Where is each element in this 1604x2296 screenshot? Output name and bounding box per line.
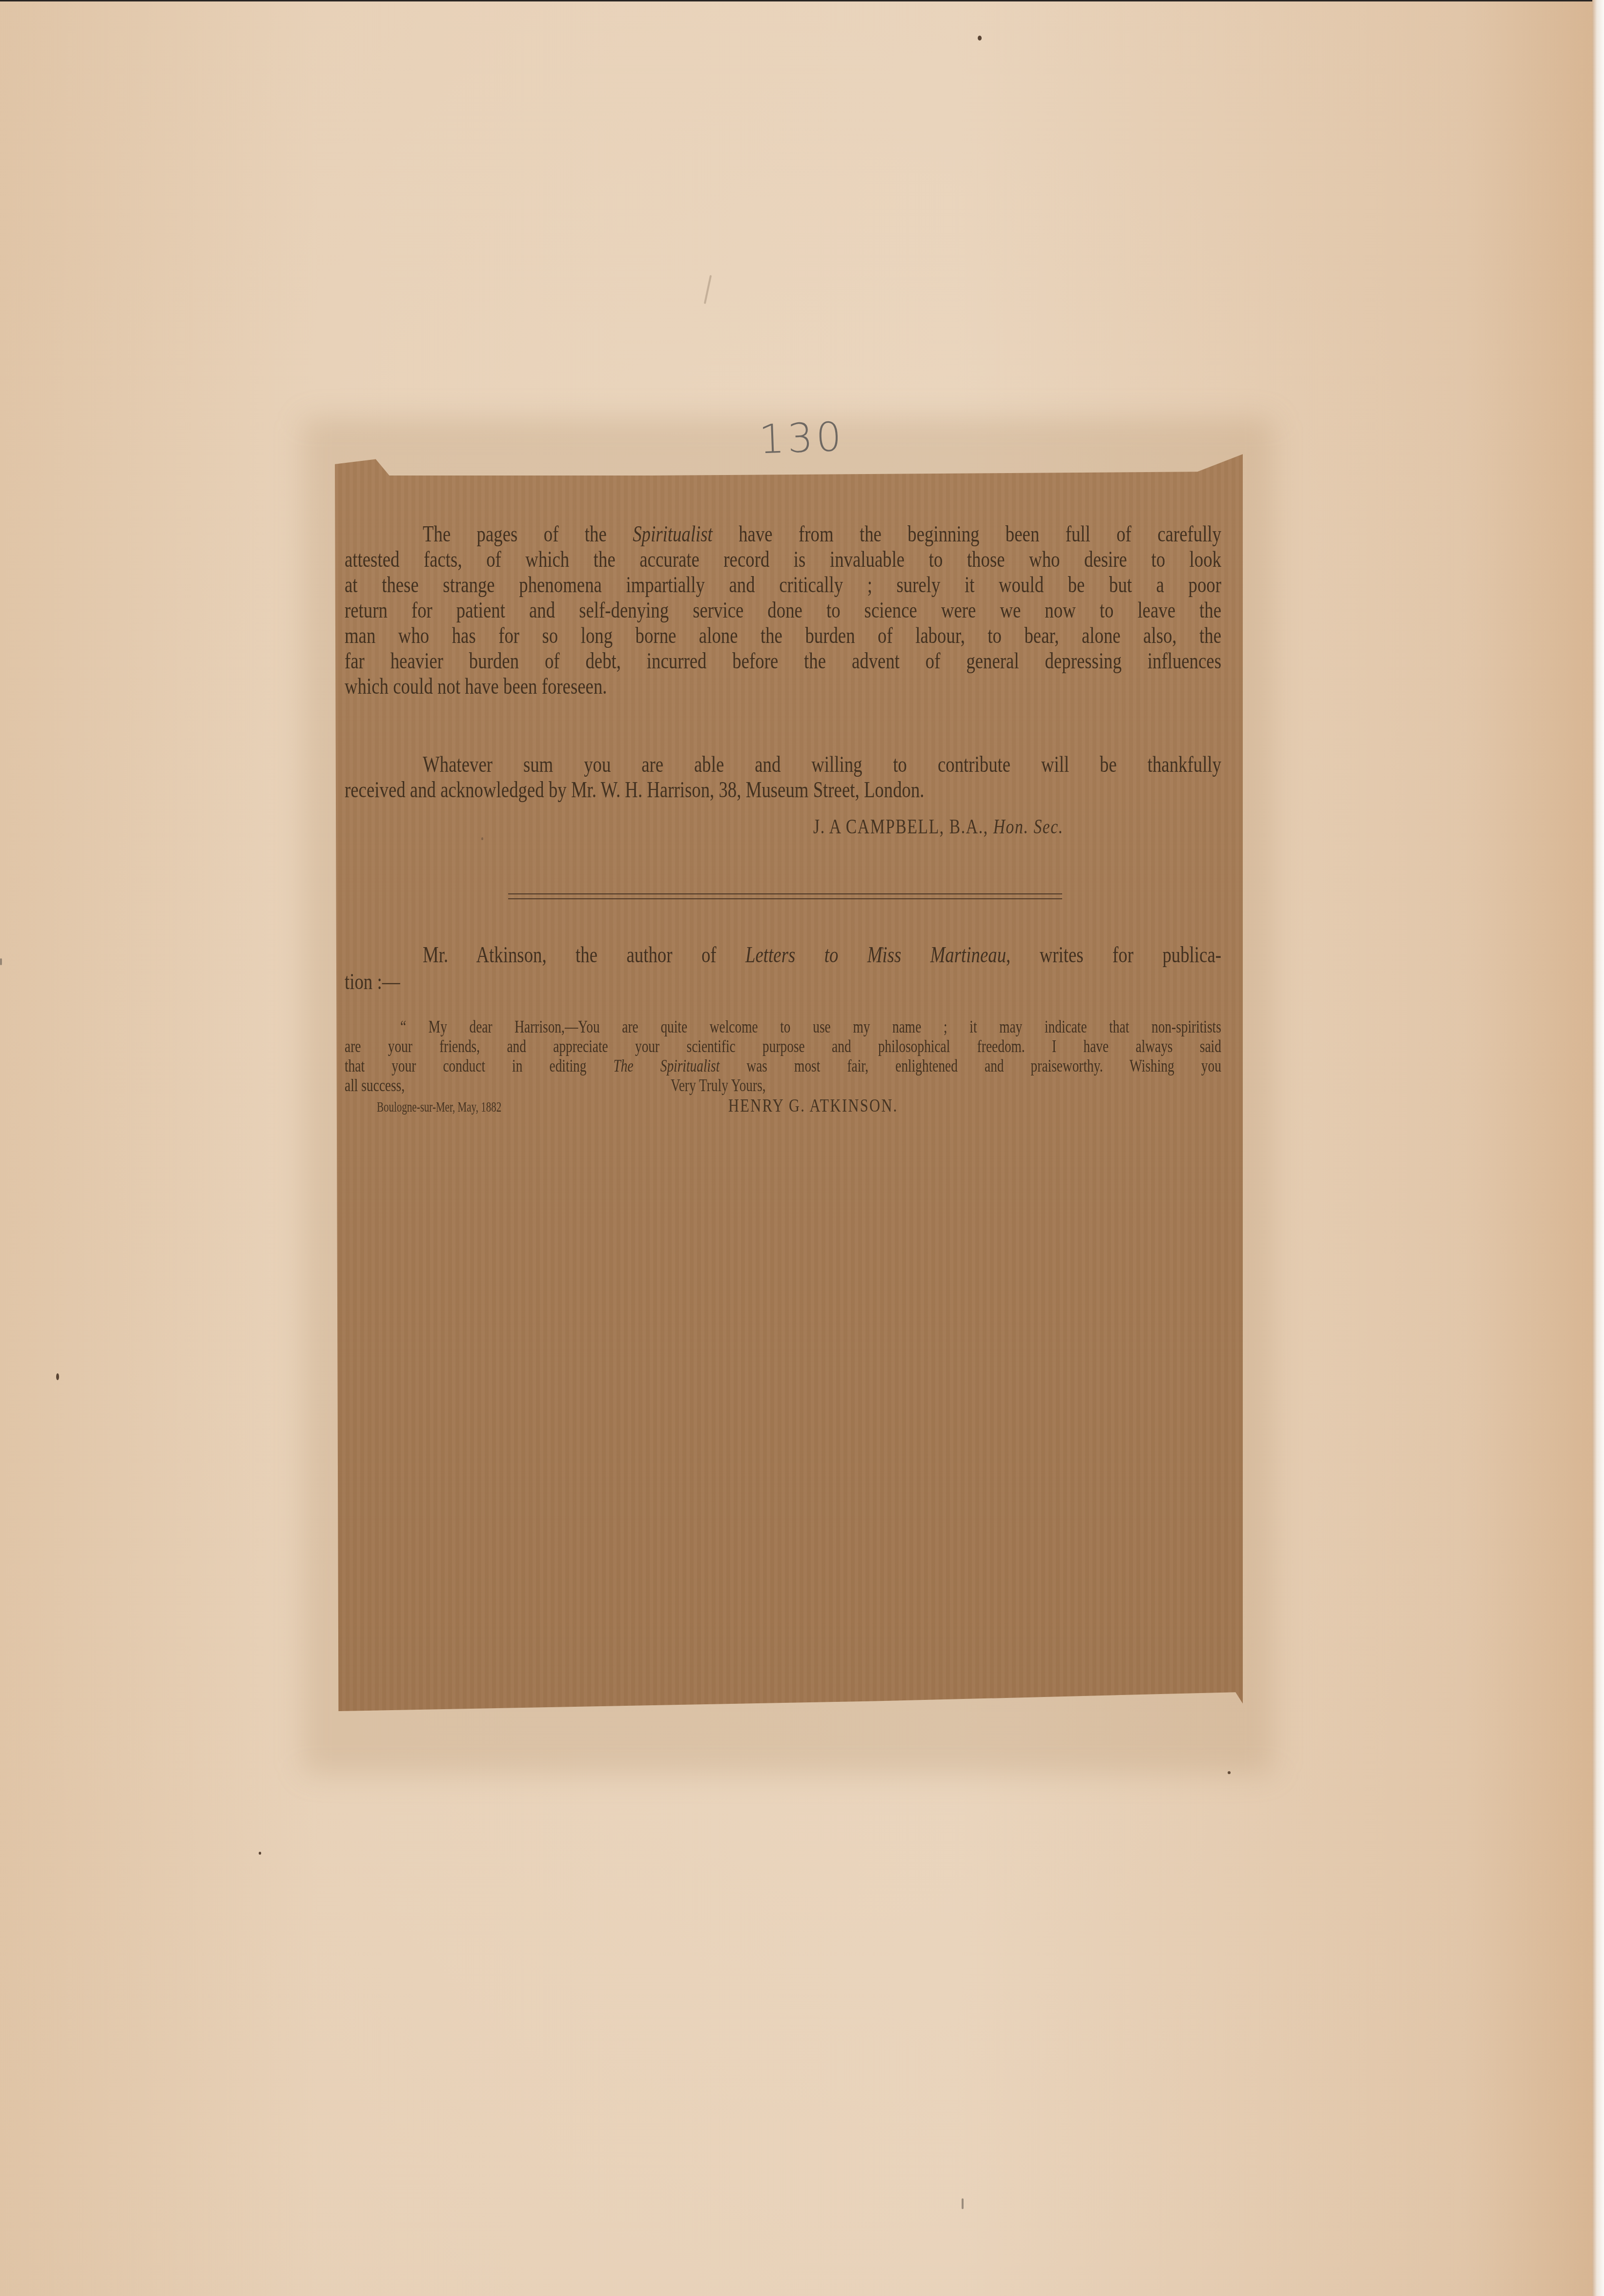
text-line: return for patient and self-denying serv… xyxy=(345,598,1221,623)
crease-mark xyxy=(704,275,712,304)
letter-place-date: Boulogne-sur-Mer, May, 1882 xyxy=(377,1098,501,1116)
text-line: received and acknowledged by Mr. W. H. H… xyxy=(345,777,1046,803)
text-line: that your conduct in editing The Spiritu… xyxy=(345,1056,1221,1076)
signature-campbell: J. A CAMPBELL, B.A., Hon. Sec. xyxy=(813,815,1064,839)
text-line: man who has for so long borne alone the … xyxy=(345,623,1221,648)
text-line: Whatever sum you are able and willing to… xyxy=(345,752,1221,777)
letter-signature: HENRY G. ATKINSON. xyxy=(728,1096,898,1116)
paper-speck xyxy=(481,837,483,840)
text-line: are your friends, and appreciate your sc… xyxy=(345,1036,1221,1056)
text-line: far heavier burden of debt, incurred bef… xyxy=(345,648,1221,674)
text-line: at these strange phenomena impartially a… xyxy=(345,572,1221,598)
text-line: attested facts, of which the accurate re… xyxy=(345,547,1221,572)
paper-speck xyxy=(259,1852,261,1855)
signature-title: Hon. Sec. xyxy=(993,816,1064,838)
newspaper-clipping: The pages of the Spiritualist have from … xyxy=(335,452,1243,1711)
double-rule-divider xyxy=(508,893,1062,899)
text-line: which could not have been foreseen. xyxy=(345,674,1046,699)
paper-speck xyxy=(978,36,982,41)
text-line: tion :— xyxy=(345,969,1046,994)
paper-speck xyxy=(56,1373,59,1380)
handwritten-page-number: 130 xyxy=(758,414,857,461)
publication-title: The Spiritualist xyxy=(614,1056,720,1076)
paper-speck xyxy=(882,947,884,950)
publication-title: Spiritualist xyxy=(633,521,713,546)
letter-closing-right: Very Truly Yours, xyxy=(671,1076,766,1095)
edge-mark xyxy=(0,958,2,965)
text-line: “ My dear Harrison,—You are quite welcom… xyxy=(345,1017,1221,1036)
text-line: Mr. Atkinson, the author of Letters to M… xyxy=(345,942,1221,968)
scan-right-edge xyxy=(1592,0,1604,2296)
text-line: The pages of the Spiritualist have from … xyxy=(345,521,1221,547)
book-title: Letters to Miss Martineau xyxy=(745,942,1006,967)
pencil-mark xyxy=(962,2198,964,2209)
